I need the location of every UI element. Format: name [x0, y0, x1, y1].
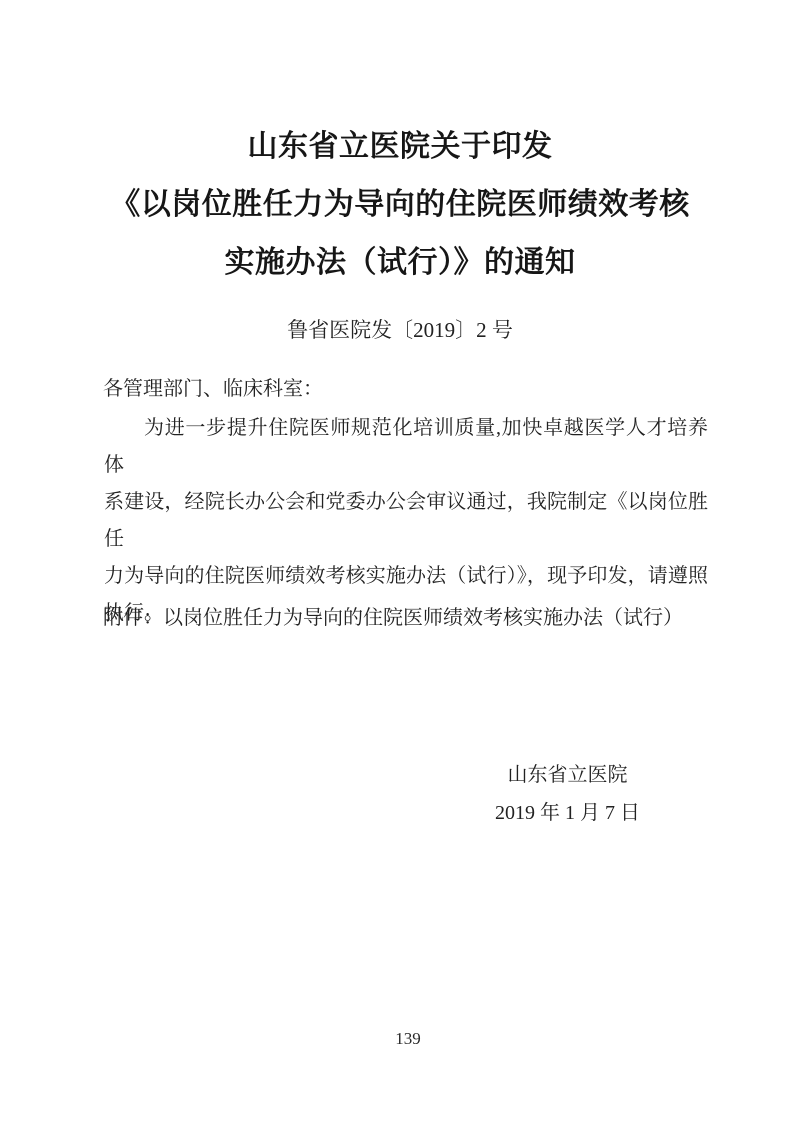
- attachment-line: 附件：以岗位胜任力为导向的住院医师绩效考核实施办法（试行）: [103, 600, 683, 637]
- title-line-2: 《以岗位胜任力为导向的住院医师绩效考核: [0, 176, 800, 234]
- signature-org: 山东省立医院: [495, 756, 640, 794]
- body-line-1: 为进一步提升住院医师规范化培训质量,加快卓越医学人才培养体: [104, 410, 708, 484]
- document-title: 山东省立医院关于印发 《以岗位胜任力为导向的住院医师绩效考核 实施办法（试行）》…: [0, 118, 800, 292]
- document-page: 山东省立医院关于印发 《以岗位胜任力为导向的住院医师绩效考核 实施办法（试行）》…: [0, 0, 800, 1129]
- title-line-3: 实施办法（试行）》的通知: [0, 234, 800, 292]
- page-number: 139: [16, 1028, 800, 1050]
- body-paragraph: 为进一步提升住院医师规范化培训质量,加快卓越医学人才培养体 系建设，经院长办公会…: [104, 410, 708, 632]
- title-line-1: 山东省立医院关于印发: [0, 118, 800, 176]
- salutation: 各管理部门、临床科室：: [103, 374, 323, 404]
- signature-block: 山东省立医院 2019 年 1 月 7 日: [495, 756, 640, 832]
- body-line-2: 系建设，经院长办公会和党委办公会审议通过，我院制定《以岗位胜任: [104, 484, 708, 558]
- body-line-3: 力为导向的住院医师绩效考核实施办法（试行）》，现予印发，请遵照: [104, 558, 708, 595]
- signature-date: 2019 年 1 月 7 日: [495, 794, 640, 832]
- document-number: 鲁省医院发〔2019〕2 号: [0, 314, 800, 346]
